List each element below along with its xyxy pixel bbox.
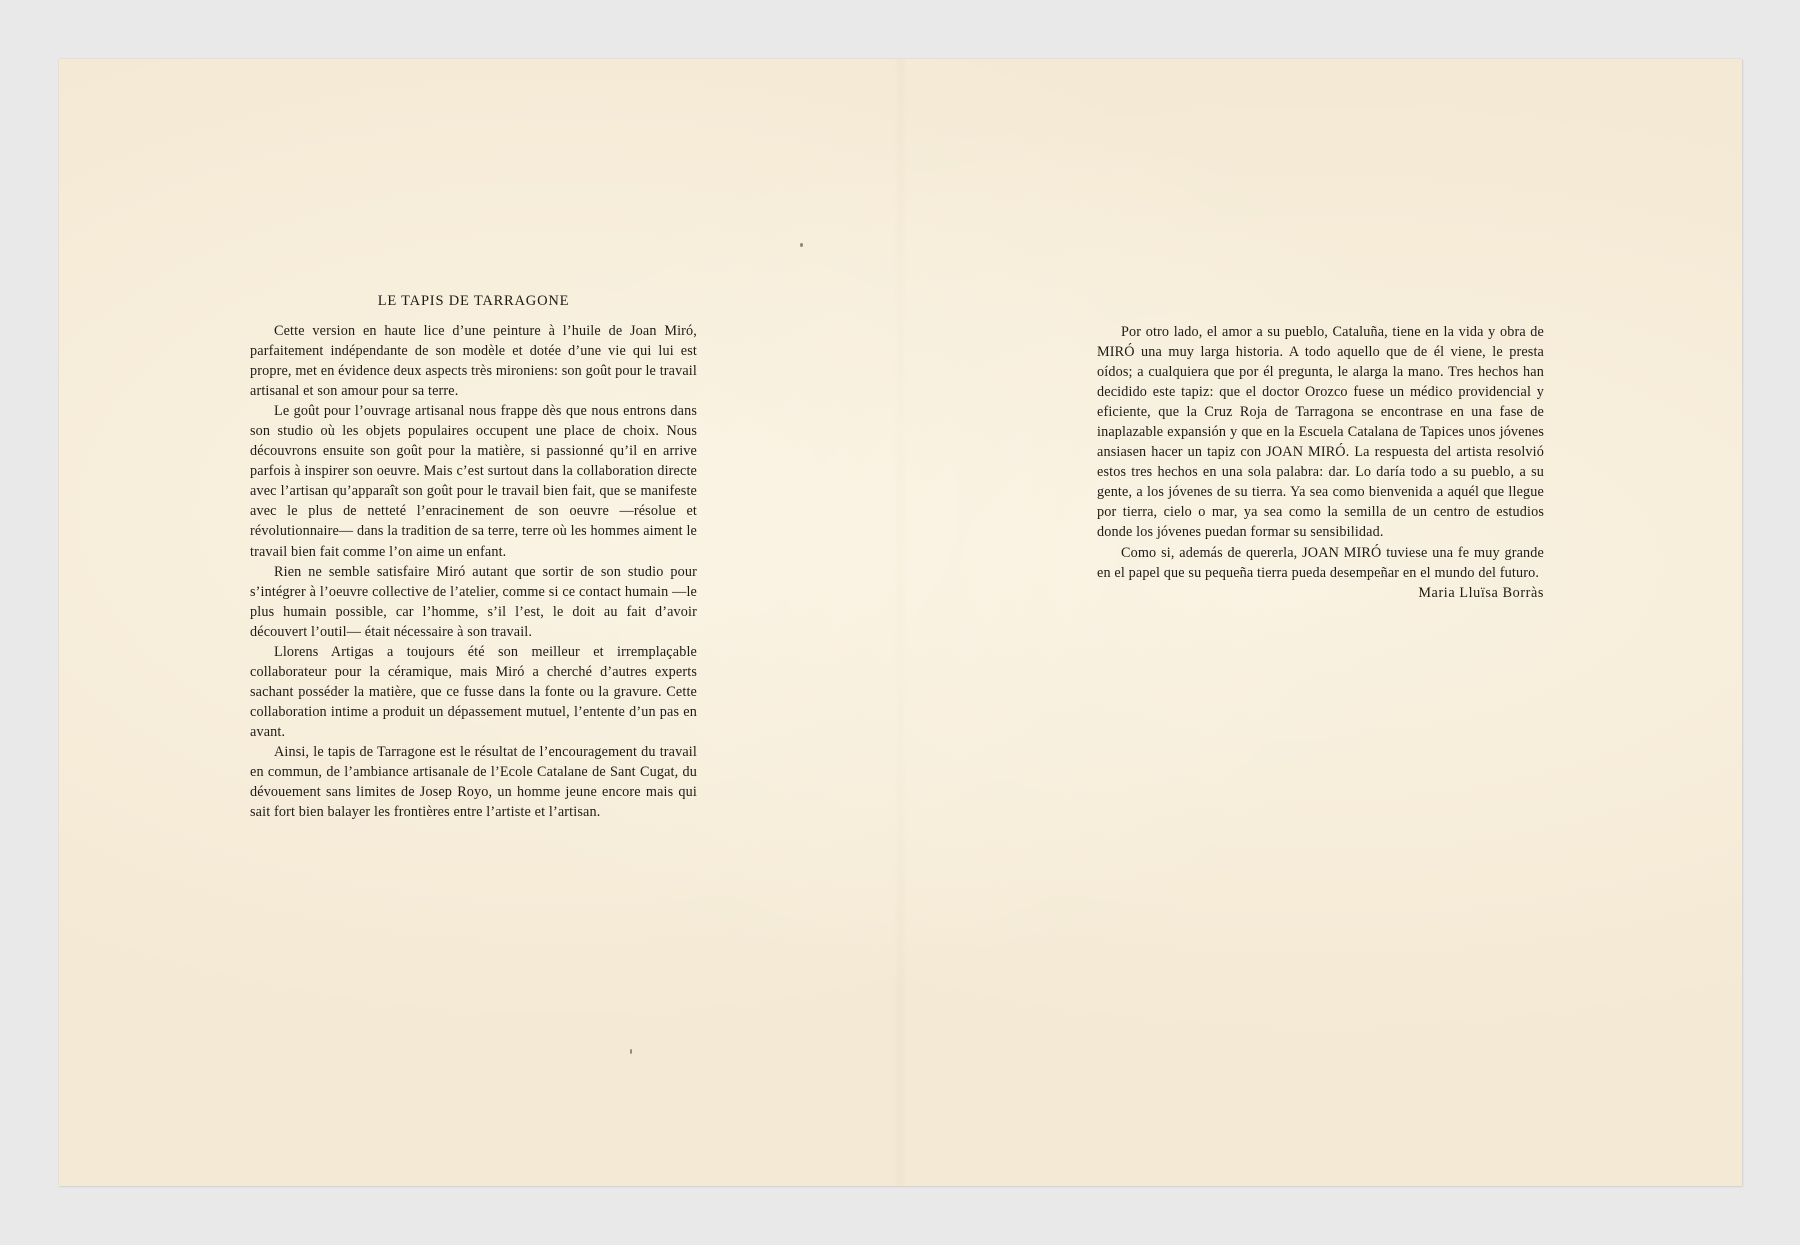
paragraph: Por otro lado, el amor a su pueblo, Cata… xyxy=(1097,322,1544,543)
paper-speck xyxy=(630,1049,632,1054)
paper-speck xyxy=(800,243,803,247)
author-signature: Maria Lluïsa Borràs xyxy=(1097,583,1544,603)
paragraph: Llorens Artigas a toujours été son meill… xyxy=(250,642,697,742)
right-page-text: Por otro lado, el amor a su pueblo, Cata… xyxy=(1097,322,1544,603)
paragraph: Cette version en haute lice d’une peintu… xyxy=(250,321,697,401)
paragraph: Ainsi, le tapis de Tarragone est le résu… xyxy=(250,742,697,822)
left-page-text: LE TAPIS DE TARRAGONE Cette version en h… xyxy=(250,291,697,822)
paper-sheet: LE TAPIS DE TARRAGONE Cette version en h… xyxy=(59,59,1742,1186)
paragraph: Como si, además de quererla, JOAN MIRÓ t… xyxy=(1097,543,1544,583)
paragraph: Le goût pour l’ouvrage artisanal nous fr… xyxy=(250,401,697,561)
document-title: LE TAPIS DE TARRAGONE xyxy=(250,291,697,311)
paragraph: Rien ne semble satisfaire Miró autant qu… xyxy=(250,562,697,642)
